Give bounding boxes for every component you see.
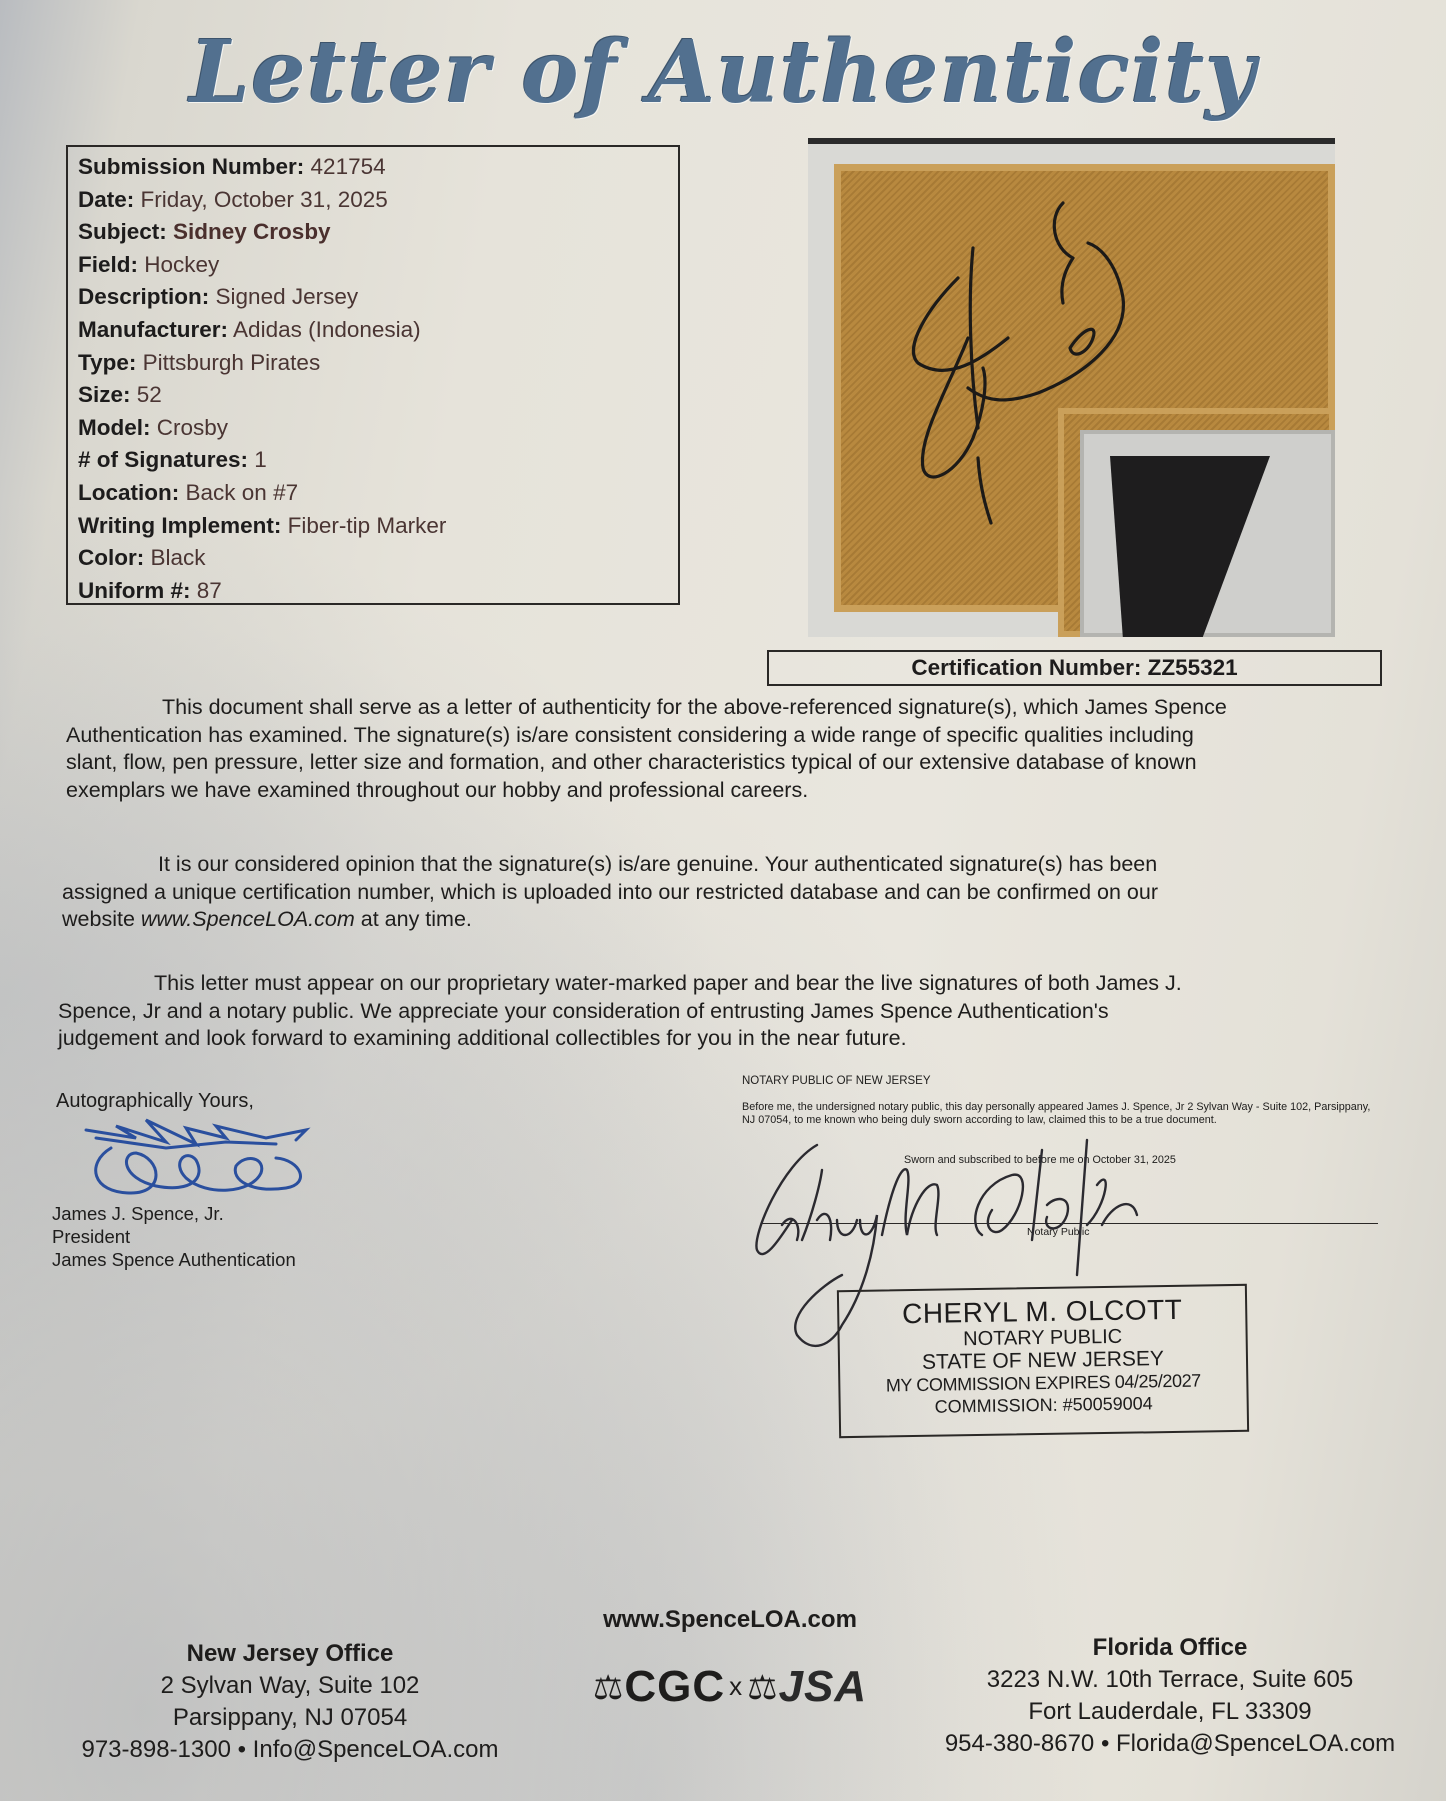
info-row-manufacturer: Manufacturer: Adidas (Indonesia) <box>78 314 670 347</box>
info-label: Type: <box>78 350 136 375</box>
info-row-submission-number: Submission Number: 421754 <box>78 151 670 184</box>
info-row-writing-implement: Writing Implement: Fiber-tip Marker <box>78 510 670 543</box>
cgc-logo-text: CGC <box>624 1662 725 1711</box>
info-row-description: Description: Signed Jersey <box>78 281 670 314</box>
paragraph-requirements: This letter must appear on our proprieta… <box>58 970 1388 1053</box>
info-label: Model: <box>78 415 151 440</box>
info-label: Subject: <box>78 219 167 244</box>
letterhead-footer: New Jersey Office 2 Sylvan Way, Suite 10… <box>0 1600 1446 1800</box>
fl-office-block: Florida Office 3223 N.W. 10th Terrace, S… <box>910 1632 1430 1760</box>
info-label: Uniform #: <box>78 578 191 603</box>
fl-office-title: Florida Office <box>910 1632 1430 1664</box>
paragraph-text: website <box>62 907 141 931</box>
signer-role: President <box>52 1225 296 1248</box>
certification-number: Certification Number: ZZ55321 <box>767 650 1382 686</box>
nj-office-title: New Jersey Office <box>40 1638 540 1670</box>
signer-details: James J. Spence, Jr. President James Spe… <box>52 1202 296 1271</box>
website-link[interactable]: www.SpenceLOA.com <box>141 907 355 931</box>
info-label: Writing Implement: <box>78 513 281 538</box>
signer-name: James J. Spence, Jr. <box>52 1202 296 1225</box>
info-row-field: Field: Hockey <box>78 249 670 282</box>
signed-jersey-photo <box>808 138 1335 637</box>
info-row-model: Model: Crosby <box>78 412 670 445</box>
info-value: Back on #7 <box>186 480 299 505</box>
info-label: Field: <box>78 252 138 277</box>
info-row-type: Type: Pittsburgh Pirates <box>78 347 670 380</box>
notary-stamp: CHERYL M. OLCOTT NOTARY PUBLIC STATE OF … <box>837 1284 1249 1438</box>
paragraph-line: This document shall serve as a letter of… <box>66 694 1396 722</box>
nj-office-address-2: Parsippany, NJ 07054 <box>40 1702 540 1734</box>
paragraph-text: at any time. <box>355 907 472 931</box>
nj-office-address-1: 2 Sylvan Way, Suite 102 <box>40 1670 540 1702</box>
paragraph-line: judgement and look forward to examining … <box>58 1025 1388 1053</box>
info-row-uniform-number: Uniform #: 87 <box>78 575 670 608</box>
info-label: Manufacturer: <box>78 317 228 342</box>
page-title: Letter of Authenticity <box>0 22 1446 123</box>
info-label: Location: <box>78 480 179 505</box>
footer-website-link[interactable]: www.SpenceLOA.com <box>560 1606 900 1634</box>
notary-statement: Before me, the undersigned notary public… <box>742 1101 1380 1126</box>
info-value: Black <box>151 545 206 570</box>
nj-office-block: New Jersey Office 2 Sylvan Way, Suite 10… <box>40 1638 540 1766</box>
paragraph-line: exemplars we have examined throughout ou… <box>66 777 1396 805</box>
signer-company: James Spence Authentication <box>52 1248 296 1271</box>
paragraph-line: assigned a unique certification number, … <box>62 879 1392 907</box>
paragraph-line: slant, flow, pen pressure, letter size a… <box>66 749 1396 777</box>
paragraph-text: This document shall serve as a letter of… <box>162 695 1227 719</box>
info-value: Adidas (Indonesia) <box>233 317 421 342</box>
logo-separator: x <box>729 1671 743 1701</box>
info-row-subject: Subject: Sidney Crosby <box>78 216 670 249</box>
info-value: 421754 <box>311 154 386 179</box>
info-label: Size: <box>78 382 131 407</box>
scales-of-justice-icon: ⚖ <box>747 1669 778 1707</box>
cgc-jsa-logo: ⚖CGCx⚖JSA <box>560 1662 900 1712</box>
item-details-box: Submission Number: 421754 Date: Friday, … <box>66 145 680 605</box>
info-value: Sidney Crosby <box>173 219 331 244</box>
info-value: Fiber-tip Marker <box>288 513 447 538</box>
paragraph-text: This letter must appear on our proprieta… <box>154 971 1182 995</box>
fl-office-address-1: 3223 N.W. 10th Terrace, Suite 605 <box>910 1664 1430 1696</box>
info-label: Submission Number: <box>78 154 304 179</box>
info-label: Date: <box>78 187 134 212</box>
paragraph-line: website www.SpenceLOA.com at any time. <box>62 906 1392 934</box>
player-signature-icon <box>808 138 1335 637</box>
info-value: 1 <box>254 447 267 472</box>
footer-center: www.SpenceLOA.com ⚖CGCx⚖JSA <box>560 1606 900 1712</box>
info-row-size: Size: 52 <box>78 379 670 412</box>
info-label: Description: <box>78 284 209 309</box>
info-row-date: Date: Friday, October 31, 2025 <box>78 184 670 217</box>
info-value: Friday, October 31, 2025 <box>141 187 388 212</box>
paragraph-line: Spence, Jr and a notary public. We appre… <box>58 998 1388 1026</box>
paragraph-opinion: It is our considered opinion that the si… <box>62 851 1392 934</box>
info-row-signature-count: # of Signatures: 1 <box>78 444 670 477</box>
info-row-color: Color: Black <box>78 542 670 575</box>
fl-office-contact[interactable]: 954-380-8670 • Florida@SpenceLOA.com <box>910 1728 1430 1760</box>
paragraph-examination: This document shall serve as a letter of… <box>66 694 1396 804</box>
info-value: Signed Jersey <box>216 284 359 309</box>
paragraph-line: Authentication has examined. The signatu… <box>66 722 1396 750</box>
nj-office-contact[interactable]: 973-898-1300 • Info@SpenceLOA.com <box>40 1734 540 1766</box>
notary-header: NOTARY PUBLIC OF NEW JERSEY <box>742 1075 931 1087</box>
jsa-logo-text: JSA <box>779 1662 868 1711</box>
info-value: Hockey <box>144 252 219 277</box>
info-value: Crosby <box>157 415 228 440</box>
scales-of-justice-icon: ⚖ <box>593 1669 624 1707</box>
info-label: Color: <box>78 545 144 570</box>
info-value: Pittsburgh Pirates <box>143 350 321 375</box>
info-value: 52 <box>137 382 162 407</box>
info-value: 87 <box>197 578 222 603</box>
info-label: # of Signatures: <box>78 447 248 472</box>
paragraph-text: It is our considered opinion that the si… <box>158 852 1157 876</box>
paragraph-line: It is our considered opinion that the si… <box>62 851 1392 879</box>
info-row-location: Location: Back on #7 <box>78 477 670 510</box>
fl-office-address-2: Fort Lauderdale, FL 33309 <box>910 1696 1430 1728</box>
paragraph-line: This letter must appear on our proprieta… <box>58 970 1388 998</box>
spence-signature-icon <box>76 1108 316 1208</box>
